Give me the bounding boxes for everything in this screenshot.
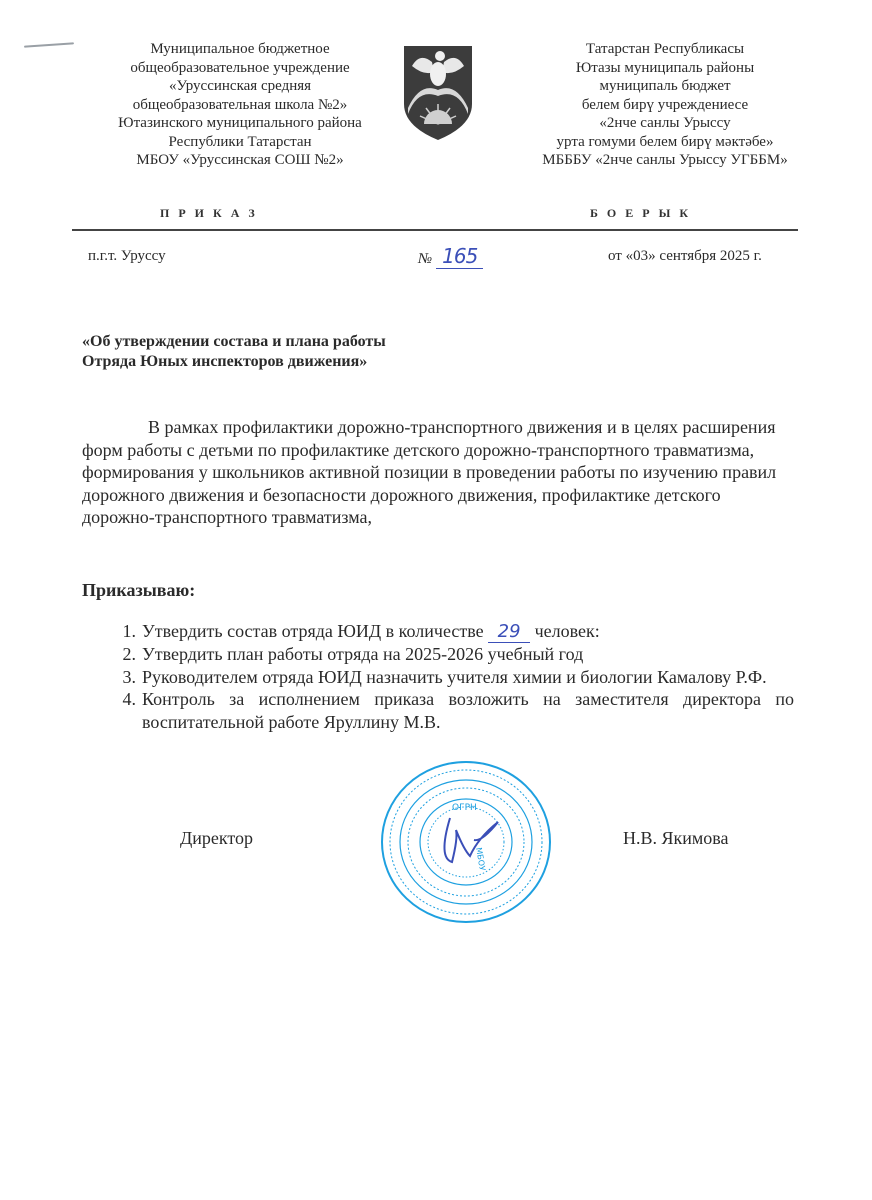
order-subject: «Об утверждении состава и плана работы О… bbox=[82, 332, 386, 372]
item-number: 1. bbox=[82, 620, 142, 643]
header-line: Муниципальное бюджетное bbox=[90, 40, 390, 59]
order-item-2: 2.Утвердить план работы отряда на 2025-2… bbox=[82, 643, 794, 666]
subject-line: «Об утверждении состава и плана работы bbox=[82, 332, 386, 352]
item-text: Руководителем отряда ЮИД назначить учите… bbox=[142, 667, 767, 687]
header-line: Ютазинского муниципального района bbox=[90, 114, 390, 133]
header-line: Республики Татарстан bbox=[90, 133, 390, 152]
place: п.г.т. Уруссу bbox=[88, 248, 166, 265]
preamble-paragraph: В рамках профилактики дорожно-транспортн… bbox=[82, 416, 778, 529]
pen-mark bbox=[24, 42, 74, 47]
header-line: муниципаль бюджет bbox=[520, 77, 810, 96]
signer-name: Н.В. Якимова bbox=[623, 828, 729, 849]
header-line: общеобразовательное учреждение bbox=[90, 59, 390, 78]
order-date: от «03» сентября 2025 г. bbox=[608, 248, 762, 265]
signer-title: Директор bbox=[180, 828, 253, 849]
header-line: белем бирү учреждениесе bbox=[520, 96, 810, 115]
svg-text:МБОУ: МБОУ bbox=[474, 847, 487, 872]
item-number: 4. bbox=[82, 688, 142, 711]
item-number: 2. bbox=[82, 643, 142, 666]
header-divider bbox=[72, 229, 798, 231]
item-number: 3. bbox=[82, 666, 142, 689]
official-stamp-icon: ОГРН МБОУ bbox=[378, 758, 554, 926]
order-number: №165 bbox=[418, 244, 483, 268]
handwritten-number: 165 bbox=[436, 244, 483, 269]
subject-line: Отряда Юных инспекторов движения» bbox=[82, 352, 386, 372]
order-heading: Приказываю: bbox=[82, 580, 195, 601]
header-line: «2нче санлы Урыссу bbox=[520, 114, 810, 133]
header-line: МБОУ «Уруссинская СОШ №2» bbox=[90, 151, 390, 170]
coat-of-arms-icon bbox=[398, 42, 478, 142]
header-line: МБББУ «2нче санлы Урыссу УГББМ» bbox=[520, 151, 810, 170]
header-right-tt: Татарстан Республикасы Ютазы муниципаль … bbox=[520, 40, 810, 170]
header-line: урта гомуми белем бирү мәктәбе» bbox=[520, 133, 810, 152]
header-left-ru: Муниципальное бюджетное общеобразователь… bbox=[90, 40, 390, 170]
preamble: В рамках профилактики дорожно-транспортн… bbox=[82, 416, 778, 529]
svg-text:ОГРН: ОГРН bbox=[452, 803, 477, 813]
header-line: Ютазы муниципаль районы bbox=[520, 59, 810, 78]
header-line: Татарстан Республикасы bbox=[520, 40, 810, 59]
header-line: «Уруссинская средняя bbox=[90, 77, 390, 96]
order-item-3: 3.Руководителем отряда ЮИД назначить учи… bbox=[82, 666, 794, 689]
item-text: Контроль за исполнением приказа возложит… bbox=[142, 689, 794, 732]
item-text: Утвердить план работы отряда на 2025-202… bbox=[142, 644, 583, 664]
handwritten-count: 29 bbox=[488, 622, 530, 643]
item-text: Утвердить состав отряда ЮИД в количестве bbox=[142, 621, 484, 641]
order-item-1: 1.Утвердить состав отряда ЮИД в количест… bbox=[82, 620, 794, 643]
order-item-4: 4.Контроль за исполнением приказа возлож… bbox=[82, 688, 794, 733]
header-line: общеобразовательная школа №2» bbox=[90, 96, 390, 115]
item-text: человек: bbox=[535, 621, 600, 641]
order-items: 1.Утвердить состав отряда ЮИД в количест… bbox=[82, 620, 794, 733]
doc-type-ru: П Р И К А З bbox=[160, 206, 258, 221]
doc-type-tt: Б О Е Р Ы К bbox=[590, 206, 691, 221]
number-sign: № bbox=[418, 251, 432, 267]
